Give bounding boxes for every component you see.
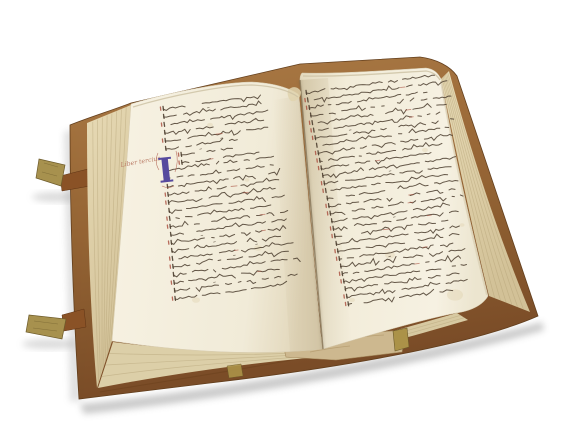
clasp-brass-fitting [26,315,66,339]
manuscript-photo: Liber tercius I [0,0,570,447]
brass-catch-plate [227,364,243,378]
shadow-clasp-bottom [22,339,78,349]
clasp-brass-fitting [36,159,65,186]
open-book-illustration: Liber tercius I [0,0,570,447]
open-pages [112,68,488,352]
brass-remnant [393,328,409,351]
